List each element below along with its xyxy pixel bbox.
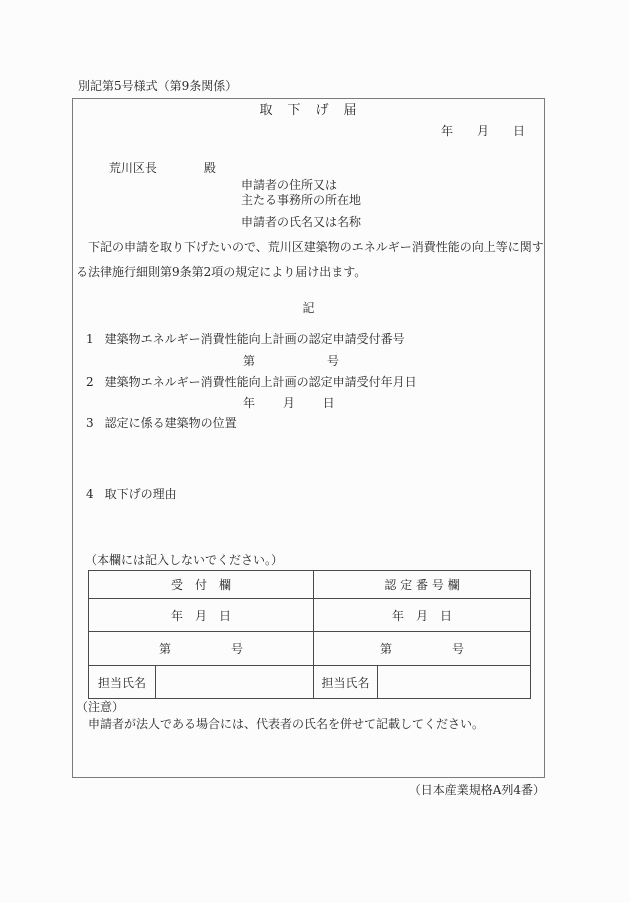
- item-1-number: 1: [86, 332, 94, 346]
- addressee-line: 荒川区長殿: [86, 144, 216, 192]
- staff-name-label-cell-right: 担当氏名: [314, 666, 378, 699]
- item-3-label: 認定に係る建築物の位置: [105, 416, 237, 430]
- item-4: 4取下げの理由: [86, 486, 177, 502]
- staff-name-value-cell-left: [156, 666, 314, 699]
- item-1-label: 建築物エネルギー消費性能向上計画の認定申請受付番号: [105, 332, 405, 346]
- paper-size-note: （日本産業規格A列4番）: [409, 782, 545, 798]
- addressee-honorific: 殿: [204, 161, 216, 175]
- notes-body: 申請者が法人である場合には、代表者の氏名を併せて記載してください。: [88, 716, 484, 732]
- office-use-table: 受 付 欄 認 定 番 号 欄 年 月 日 年 月 日 第 号 第 号 担当氏名…: [88, 570, 531, 699]
- addressee-name: 荒川区長: [109, 161, 157, 175]
- item-4-label: 取下げの理由: [105, 487, 177, 501]
- body-paragraph-line2: る法律施行細則第9条第2項の規定により届け出ます。: [76, 264, 366, 280]
- item-3: 3認定に係る建築物の位置: [86, 415, 237, 431]
- document-page: 別記第5号様式（第9条関係） 取 下 げ 届 年 月 日 荒川区長殿 申請者の住…: [0, 0, 630, 903]
- office-use-caption: （本欄には記入しないでください。）: [85, 552, 283, 568]
- item-1: 1建築物エネルギー消費性能向上計画の認定申請受付番号: [86, 331, 405, 347]
- staff-name-label-cell-left: 担当氏名: [89, 666, 156, 699]
- item-2-label: 建築物エネルギー消費性能向上計画の認定申請受付年月日: [105, 375, 417, 389]
- form-title: 取 下 げ 届: [73, 103, 544, 119]
- item-2-value-line: 年 月 日: [243, 395, 335, 411]
- notes-heading: （注意）: [76, 699, 124, 715]
- form-id-label: 別記第5号様式（第9条関係）: [78, 78, 237, 94]
- item-2: 2建築物エネルギー消費性能向上計画の認定申請受付年月日: [86, 374, 417, 390]
- item-1-value-line: 第 号: [243, 353, 339, 369]
- item-3-number: 3: [86, 416, 94, 430]
- reception-number-cell: 第 号: [89, 632, 314, 666]
- approval-date-cell: 年 月 日: [314, 599, 531, 632]
- applicant-name-label: 申請者の氏名又は名称: [241, 214, 361, 230]
- record-heading: 記: [73, 300, 544, 316]
- applicant-address-label-line2: 主たる事務所の所在地: [241, 192, 361, 208]
- date-line: 年 月 日: [441, 123, 525, 139]
- item-4-number: 4: [86, 487, 94, 501]
- body-paragraph-line1: 下記の申請を取り下げたいので、荒川区建築物のエネルギー消費性能の向上等に関す: [76, 239, 544, 255]
- approval-number-cell: 第 号: [314, 632, 531, 666]
- form-border-box: 取 下 げ 届 年 月 日 荒川区長殿 申請者の住所又は 主たる事務所の所在地 …: [72, 98, 545, 778]
- reception-column-header-cell: 受 付 欄: [89, 571, 314, 599]
- staff-name-value-cell-right: [378, 666, 531, 699]
- applicant-address-label-line1: 申請者の住所又は: [241, 177, 337, 193]
- approval-number-column-header-cell: 認 定 番 号 欄: [314, 571, 531, 599]
- reception-date-cell: 年 月 日: [89, 599, 314, 632]
- item-2-number: 2: [86, 375, 94, 389]
